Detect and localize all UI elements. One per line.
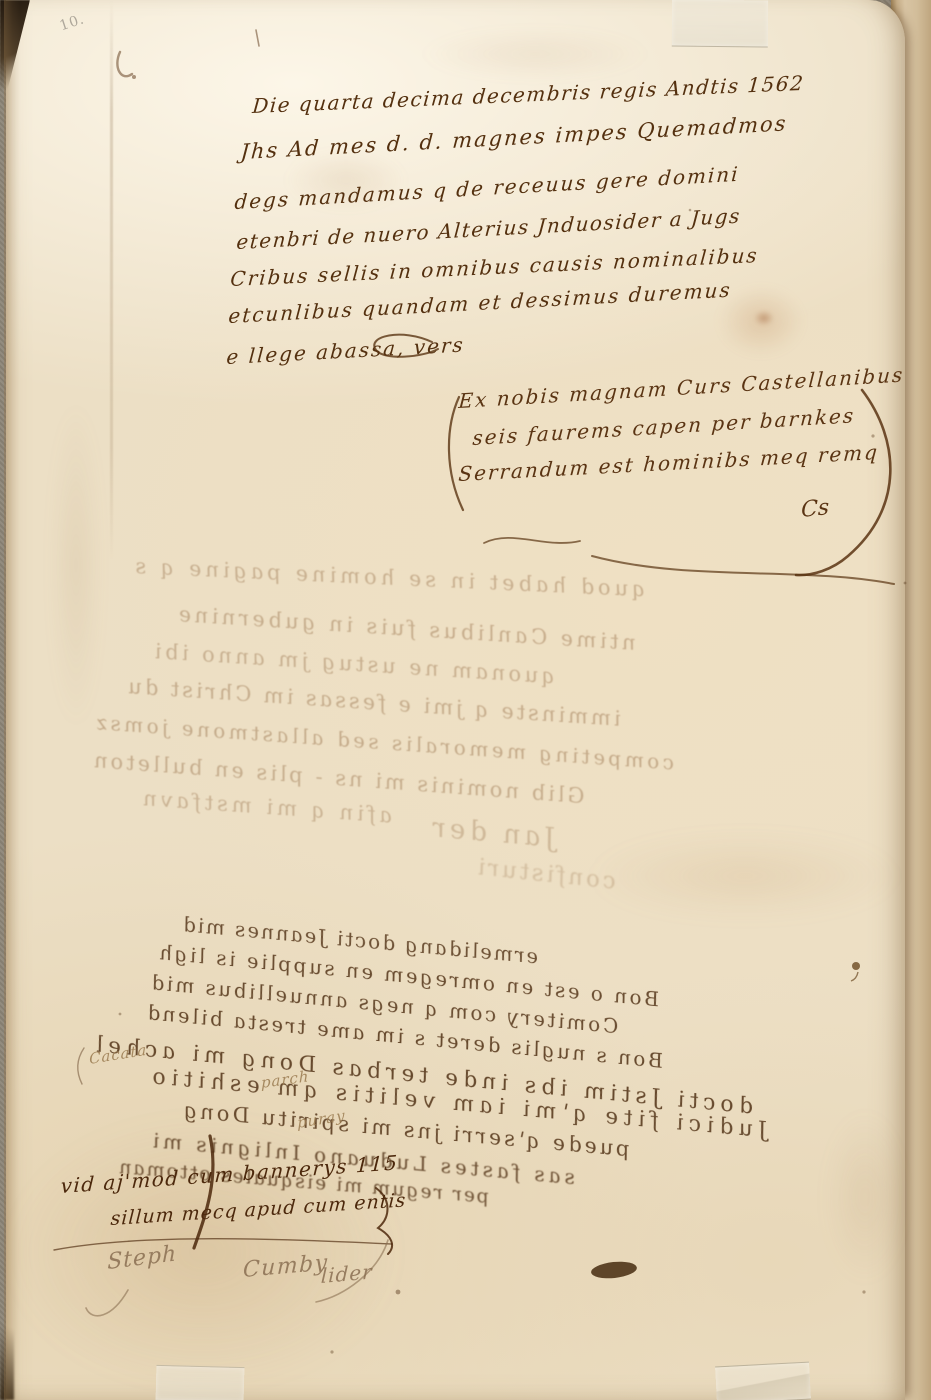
tape-fragment-bottom-left	[156, 1365, 245, 1400]
vertical-crease	[110, 0, 113, 560]
deckle-edge-left	[4, 0, 20, 1400]
left-edge-tone	[52, 400, 100, 730]
stain-top-center	[420, 28, 650, 80]
foxing-band	[590, 834, 900, 918]
signature: lider	[320, 1261, 374, 1285]
tape-fragment-top	[672, 0, 768, 48]
stain-right-core	[754, 310, 774, 326]
tape-fragment-bottom-right	[715, 1362, 811, 1400]
manuscript-scan: quod habet in se homine pagine q s ntime…	[0, 0, 931, 1400]
side-note-mark: Cs	[800, 497, 830, 522]
stain-bottom-right	[826, 1112, 904, 1282]
